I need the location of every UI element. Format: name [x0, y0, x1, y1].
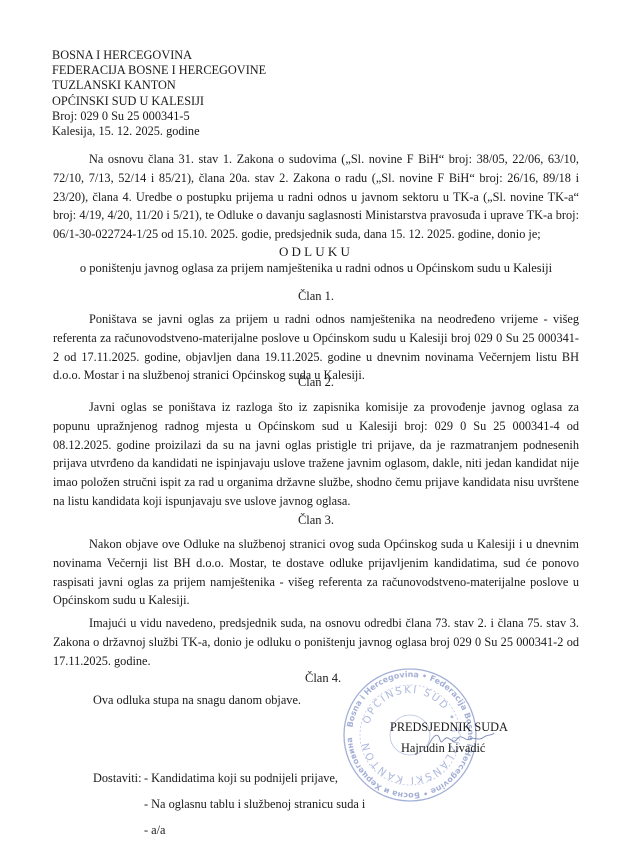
court-header: BOSNA I HERCEGOVINA FEDERACIJA BOSNE I H… — [52, 48, 266, 139]
article-2-text: Javni oglas se poništava iz razloga što … — [53, 398, 579, 511]
intro-paragraph: Na osnovu člana 31. stav 1. Zakona o sud… — [53, 150, 579, 244]
article-3-followup: Imajući u vidu navedeno, predsjednik sud… — [53, 614, 579, 670]
article-2-title: Član 2. — [53, 375, 579, 390]
delivery-item: - Na oglasnu tablu i službenoj stranicu … — [144, 797, 365, 812]
article-4-text: Ova odluka stupa na snagu danom objave. — [93, 693, 301, 708]
document-page: BOSNA I HERCEGOVINA FEDERACIJA BOSNE I H… — [0, 0, 630, 862]
header-canton: TUZLANSKI KANTON — [52, 78, 266, 93]
article-4-title: Član 4. — [305, 671, 341, 686]
header-court: OPĆINSKI SUD U KALESIJI — [52, 94, 266, 109]
header-date: Kalesija, 15. 12. 2025. godine — [52, 124, 266, 139]
decision-title: ODLUKU — [53, 244, 579, 260]
header-country: BOSNA I HERCEGOVINA — [52, 48, 266, 63]
article-3-text: Nakon objave ove Odluke na službenoj str… — [53, 535, 579, 610]
article-1-text: Poništava se javni oglas za prijem u rad… — [53, 310, 579, 385]
signature-name: Hajrudin Livadić — [401, 741, 485, 756]
article-3-title: Član 3. — [53, 513, 579, 528]
delivery-label: Dostaviti: — [93, 771, 142, 786]
header-case-number: Broj: 029 0 Su 25 000341-5 — [52, 109, 266, 124]
article-1-title: Član 1. — [53, 289, 579, 304]
delivery-item: - a/a — [144, 823, 166, 838]
delivery-item: - Kandidatima koji su podnijeli prijave, — [144, 771, 338, 786]
decision-subtitle: o poništenju javnog oglasa za prijem nam… — [53, 261, 579, 276]
header-federation: FEDERACIJA BOSNE I HERCEGOVINE — [52, 63, 266, 78]
